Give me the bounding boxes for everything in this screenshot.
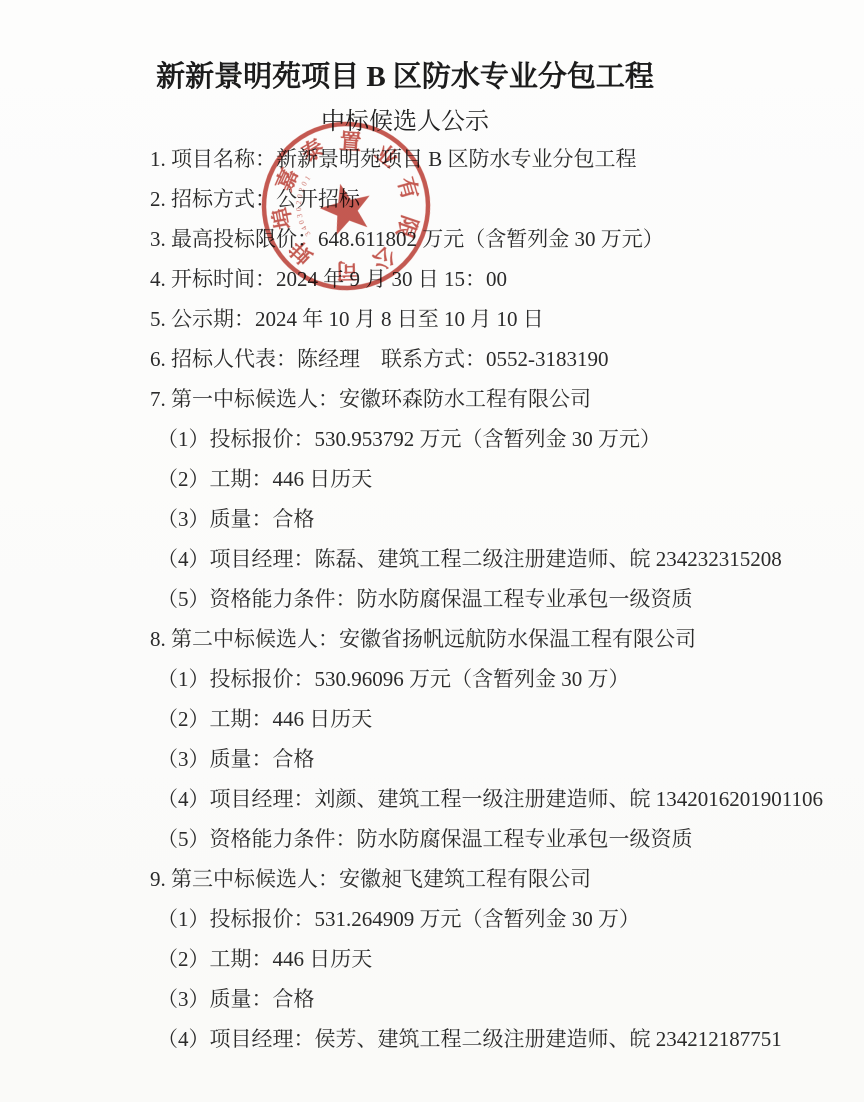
- candidate-2-qualification: （5）资格能力条件：防水防腐保温工程专业承包一级资质: [150, 818, 804, 858]
- candidate-3-header: 9. 第三中标候选人：安徽昶飞建筑工程有限公司: [150, 858, 804, 898]
- candidate-1-quality: （3）质量：合格: [150, 498, 804, 538]
- candidate-1-bid-price: （1）投标报价：530.953792 万元（含暂列金 30 万元）: [150, 418, 804, 458]
- document-page: 新新景明苑项目 B 区防水专业分包工程 中标候选人公示 1. 项目名称：新新景明…: [0, 0, 864, 1102]
- candidate-1-duration: （2）工期：446 日历天: [150, 458, 804, 498]
- candidate-3-quality: （3）质量：合格: [150, 978, 804, 1018]
- field-project-name: 1. 项目名称：新新景明苑项目 B 区防水专业分包工程: [150, 138, 804, 178]
- field-tenderer-representative: 6. 招标人代表：陈经理 联系方式：0552-3183190: [150, 338, 804, 378]
- candidate-2-project-manager: （4）项目经理：刘颜、建筑工程一级注册建造师、皖 134201620190110…: [150, 778, 804, 818]
- candidate-1-header: 7. 第一中标候选人：安徽环森防水工程有限公司: [150, 378, 804, 418]
- candidate-3-bid-price: （1）投标报价：531.264909 万元（含暂列金 30 万）: [150, 898, 804, 938]
- candidate-2-bid-price: （1）投标报价：530.96096 万元（含暂列金 30 万）: [150, 658, 804, 698]
- candidate-2-quality: （3）质量：合格: [150, 738, 804, 778]
- announcement-body: 1. 项目名称：新新景明苑项目 B 区防水专业分包工程 2. 招标方式：公开招标…: [150, 138, 804, 1058]
- candidate-2-header: 8. 第二中标候选人：安徽省扬帆远航防水保温工程有限公司: [150, 618, 804, 658]
- candidate-3-duration: （2）工期：446 日历天: [150, 938, 804, 978]
- candidate-2-duration: （2）工期：446 日历天: [150, 698, 804, 738]
- field-max-bid-price: 3. 最高投标限价：648.611802 万元（含暂列金 30 万元）: [150, 218, 804, 258]
- field-bid-opening-time: 4. 开标时间：2024 年 9 月 30 日 15：00: [150, 258, 804, 298]
- candidate-3-project-manager: （4）项目经理：侯芳、建筑工程二级注册建造师、皖 234212187751: [150, 1018, 804, 1058]
- field-publicity-period: 5. 公示期：2024 年 10 月 8 日至 10 月 10 日: [150, 298, 804, 338]
- candidate-1-qualification: （5）资格能力条件：防水防腐保温工程专业承包一级资质: [150, 578, 804, 618]
- candidate-1-project-manager: （4）项目经理：陈磊、建筑工程二级注册建造师、皖 234232315208: [150, 538, 804, 578]
- page-subtitle: 中标候选人公示: [0, 101, 810, 136]
- field-tender-method: 2. 招标方式：公开招标: [150, 178, 804, 218]
- page-title: 新新景明苑项目 B 区防水专业分包工程: [0, 54, 810, 95]
